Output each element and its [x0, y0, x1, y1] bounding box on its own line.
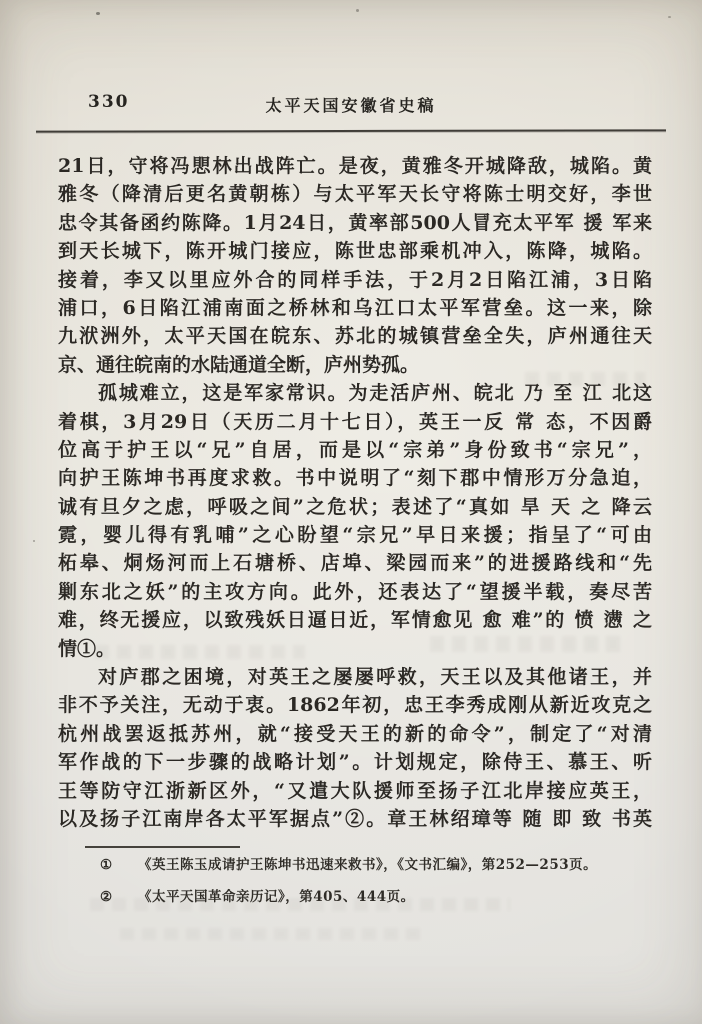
- scan-speck: [33, 540, 35, 542]
- body-line: 诚有旦夕之虑，呼吸之间”之危状；表述了“真如 旱 天 之 降云: [58, 493, 652, 521]
- scan-speck: [356, 9, 359, 12]
- page-title: 太平天国安徽省史稿: [0, 93, 702, 116]
- body-line: 浦口，6日陷江浦南面之桥林和乌江口太平军营垒。这一来，除: [58, 294, 652, 322]
- body-line: 忠令其备函约陈降。1月24日，黄率部500人冒充太平军 援 军来: [58, 209, 652, 237]
- footnote-text: 《英王陈玉成请护王陈坤书迅速来救书》，《文书汇编》，第252—253页。: [138, 855, 597, 875]
- footnote-marker: ①: [100, 855, 138, 875]
- body-line: 雅冬（降清后更名黄朝栋）与太平军天长守将陈士明交好，李世: [58, 180, 652, 208]
- body-line: 剿东北之妖”的主攻方向。此外，还表达了“望援半载，奏尽苦: [58, 578, 652, 606]
- body-line: 对庐郡之困境，对英王之屡屡呼救，天王以及其他诸王，并: [58, 663, 652, 691]
- body-line: 难，终无援应，以致残妖日逼日近，军情愈见 愈 难”的 愤 懑 之: [58, 606, 652, 634]
- body-line: 孤城难立，这是军家常识。为走活庐州、皖北 乃 至 江 北这: [58, 379, 652, 407]
- footnotes: ①《英王陈玉成请护王陈坤书迅速来救书》，《文书汇编》，第252—253页。②《太…: [100, 855, 660, 919]
- body-line: 杭州战罢返抵苏州，就“接受天王的新的命令”，制定了“对清: [58, 720, 652, 748]
- header-rule: [36, 129, 666, 132]
- footnote-item: ②《太平天国革命亲历记》，第405、444页。: [100, 887, 660, 907]
- footnote-text: 《太平天国革命亲历记》，第405、444页。: [138, 887, 415, 907]
- scan-speck: [96, 12, 100, 15]
- body-line: 九洑洲外，太平天国在皖东、苏北的城镇营垒全失，庐州通往天: [58, 322, 652, 350]
- body-line: 柘皋、烔炀河而上石塘桥、店埠、梁园而来”的进援路线和“先: [58, 549, 652, 577]
- body-line: 向护王陈坤书再度求救。书中说明了“刻下郡中情形万分急迫，: [58, 464, 652, 492]
- scan-speck: [668, 16, 671, 18]
- body-line: 接着，李又以里应外合的同样手法，于2月2日陷江浦，3日陷: [58, 266, 652, 294]
- footnote-marker: ②: [100, 887, 138, 907]
- body-line: 王等防守江浙新区外，“又遣大队援师至扬子江北岸接应英王，: [58, 777, 652, 805]
- page-header: 330 太平天国安徽省史稿: [0, 92, 702, 118]
- body-line: 京、通往皖南的水陆通道全断，庐州势孤。: [58, 351, 652, 379]
- body-text: 21日，守将冯愳林出战阵亡。是夜，黄雅冬开城降敌，城陷。黄雅冬（降清后更名黄朝栋…: [58, 152, 652, 833]
- footnote-item: ①《英王陈玉成请护王陈坤书迅速来救书》，《文书汇编》，第252—253页。: [100, 855, 660, 875]
- body-line: 情①。: [58, 635, 652, 663]
- body-line: 21日，守将冯愳林出战阵亡。是夜，黄雅冬开城降敌，城陷。黄: [58, 152, 652, 180]
- body-line: 军作战的下一步骤的战略计划”。计划规定，除侍王、慕王、听: [58, 748, 652, 776]
- body-line: 到天长城下，陈开城门接应，陈世忠部乘机冲入，陈降，城陷。: [58, 237, 652, 265]
- bleedthrough-artifact: [120, 928, 420, 940]
- footnote-divider: [85, 846, 240, 848]
- body-line: 霓，婴儿得有乳哺”之心盼望“宗兄”早日来援；指呈了“可由: [58, 521, 652, 549]
- body-line: 以及扬子江南岸各太平军据点”②。章王林绍璋等 随 即 致 书英: [58, 805, 652, 833]
- body-line: 着棋，3月29日（天历二月十七日），英王一反 常 态，不因爵: [58, 408, 652, 436]
- scanned-book-page: 330 太平天国安徽省史稿 21日，守将冯愳林出战阵亡。是夜，黄雅冬开城降敌，城…: [0, 0, 702, 1024]
- body-line: 非不予关注，无动于衷。1862年初，忠王李秀成刚从新近攻克之: [58, 691, 652, 719]
- body-line: 位高于护王以“兄”自居，而是以“宗弟”身份致书“宗兄”，: [58, 436, 652, 464]
